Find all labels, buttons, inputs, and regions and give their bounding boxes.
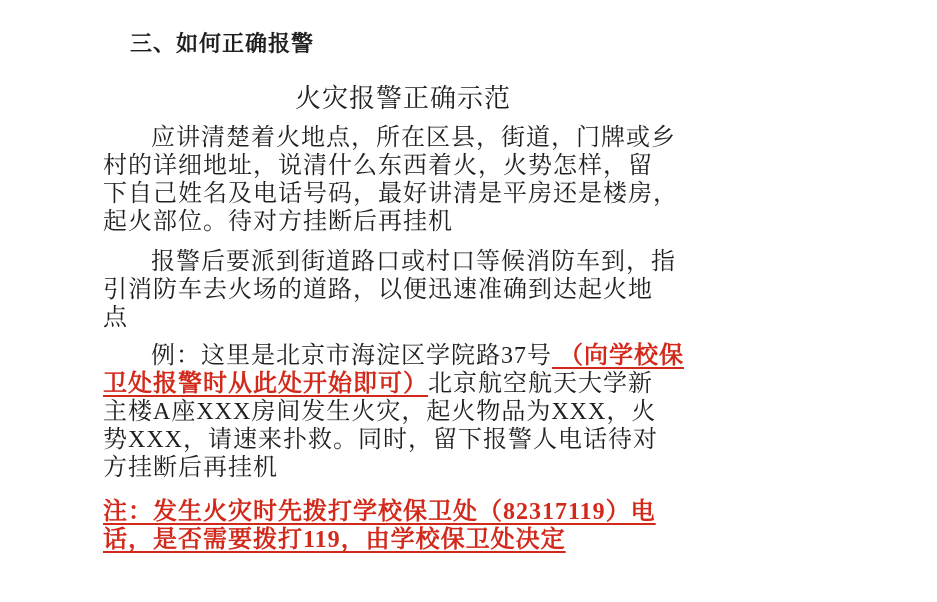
- section-heading: 火灾报警正确示范: [103, 82, 703, 116]
- slide-page: 三、如何正确报警 火灾报警正确示范 应讲清楚着火地点，所在区县，街道，门牌或乡 …: [0, 0, 937, 602]
- example-prefix-text: 例：这里是北京市海淀区学院路37号: [151, 343, 552, 369]
- paragraph-guide-firetruck: 报警后要派到街道路口或村口等候消防车到，指 引消防车去火场的道路，以便迅速准确到…: [103, 248, 703, 332]
- paragraph-example: 例：这里是北京市海淀区学院路37号 （向学校保 卫处报警时从此处开始即可）北京航…: [103, 342, 703, 482]
- text-block: 三、如何正确报警 火灾报警正确示范 应讲清楚着火地点，所在区县，街道，门牌或乡 …: [103, 30, 703, 554]
- paragraph-report-details: 应讲清楚着火地点，所在区县，街道，门牌或乡 村的详细地址，说清什么东西着火，火势…: [103, 124, 703, 236]
- note-security-office: 注：发生火灾时先拨打学校保卫处（82317119）电 话，是否需要拨打119，由…: [103, 498, 703, 554]
- page-title: 三、如何正确报警: [103, 30, 703, 58]
